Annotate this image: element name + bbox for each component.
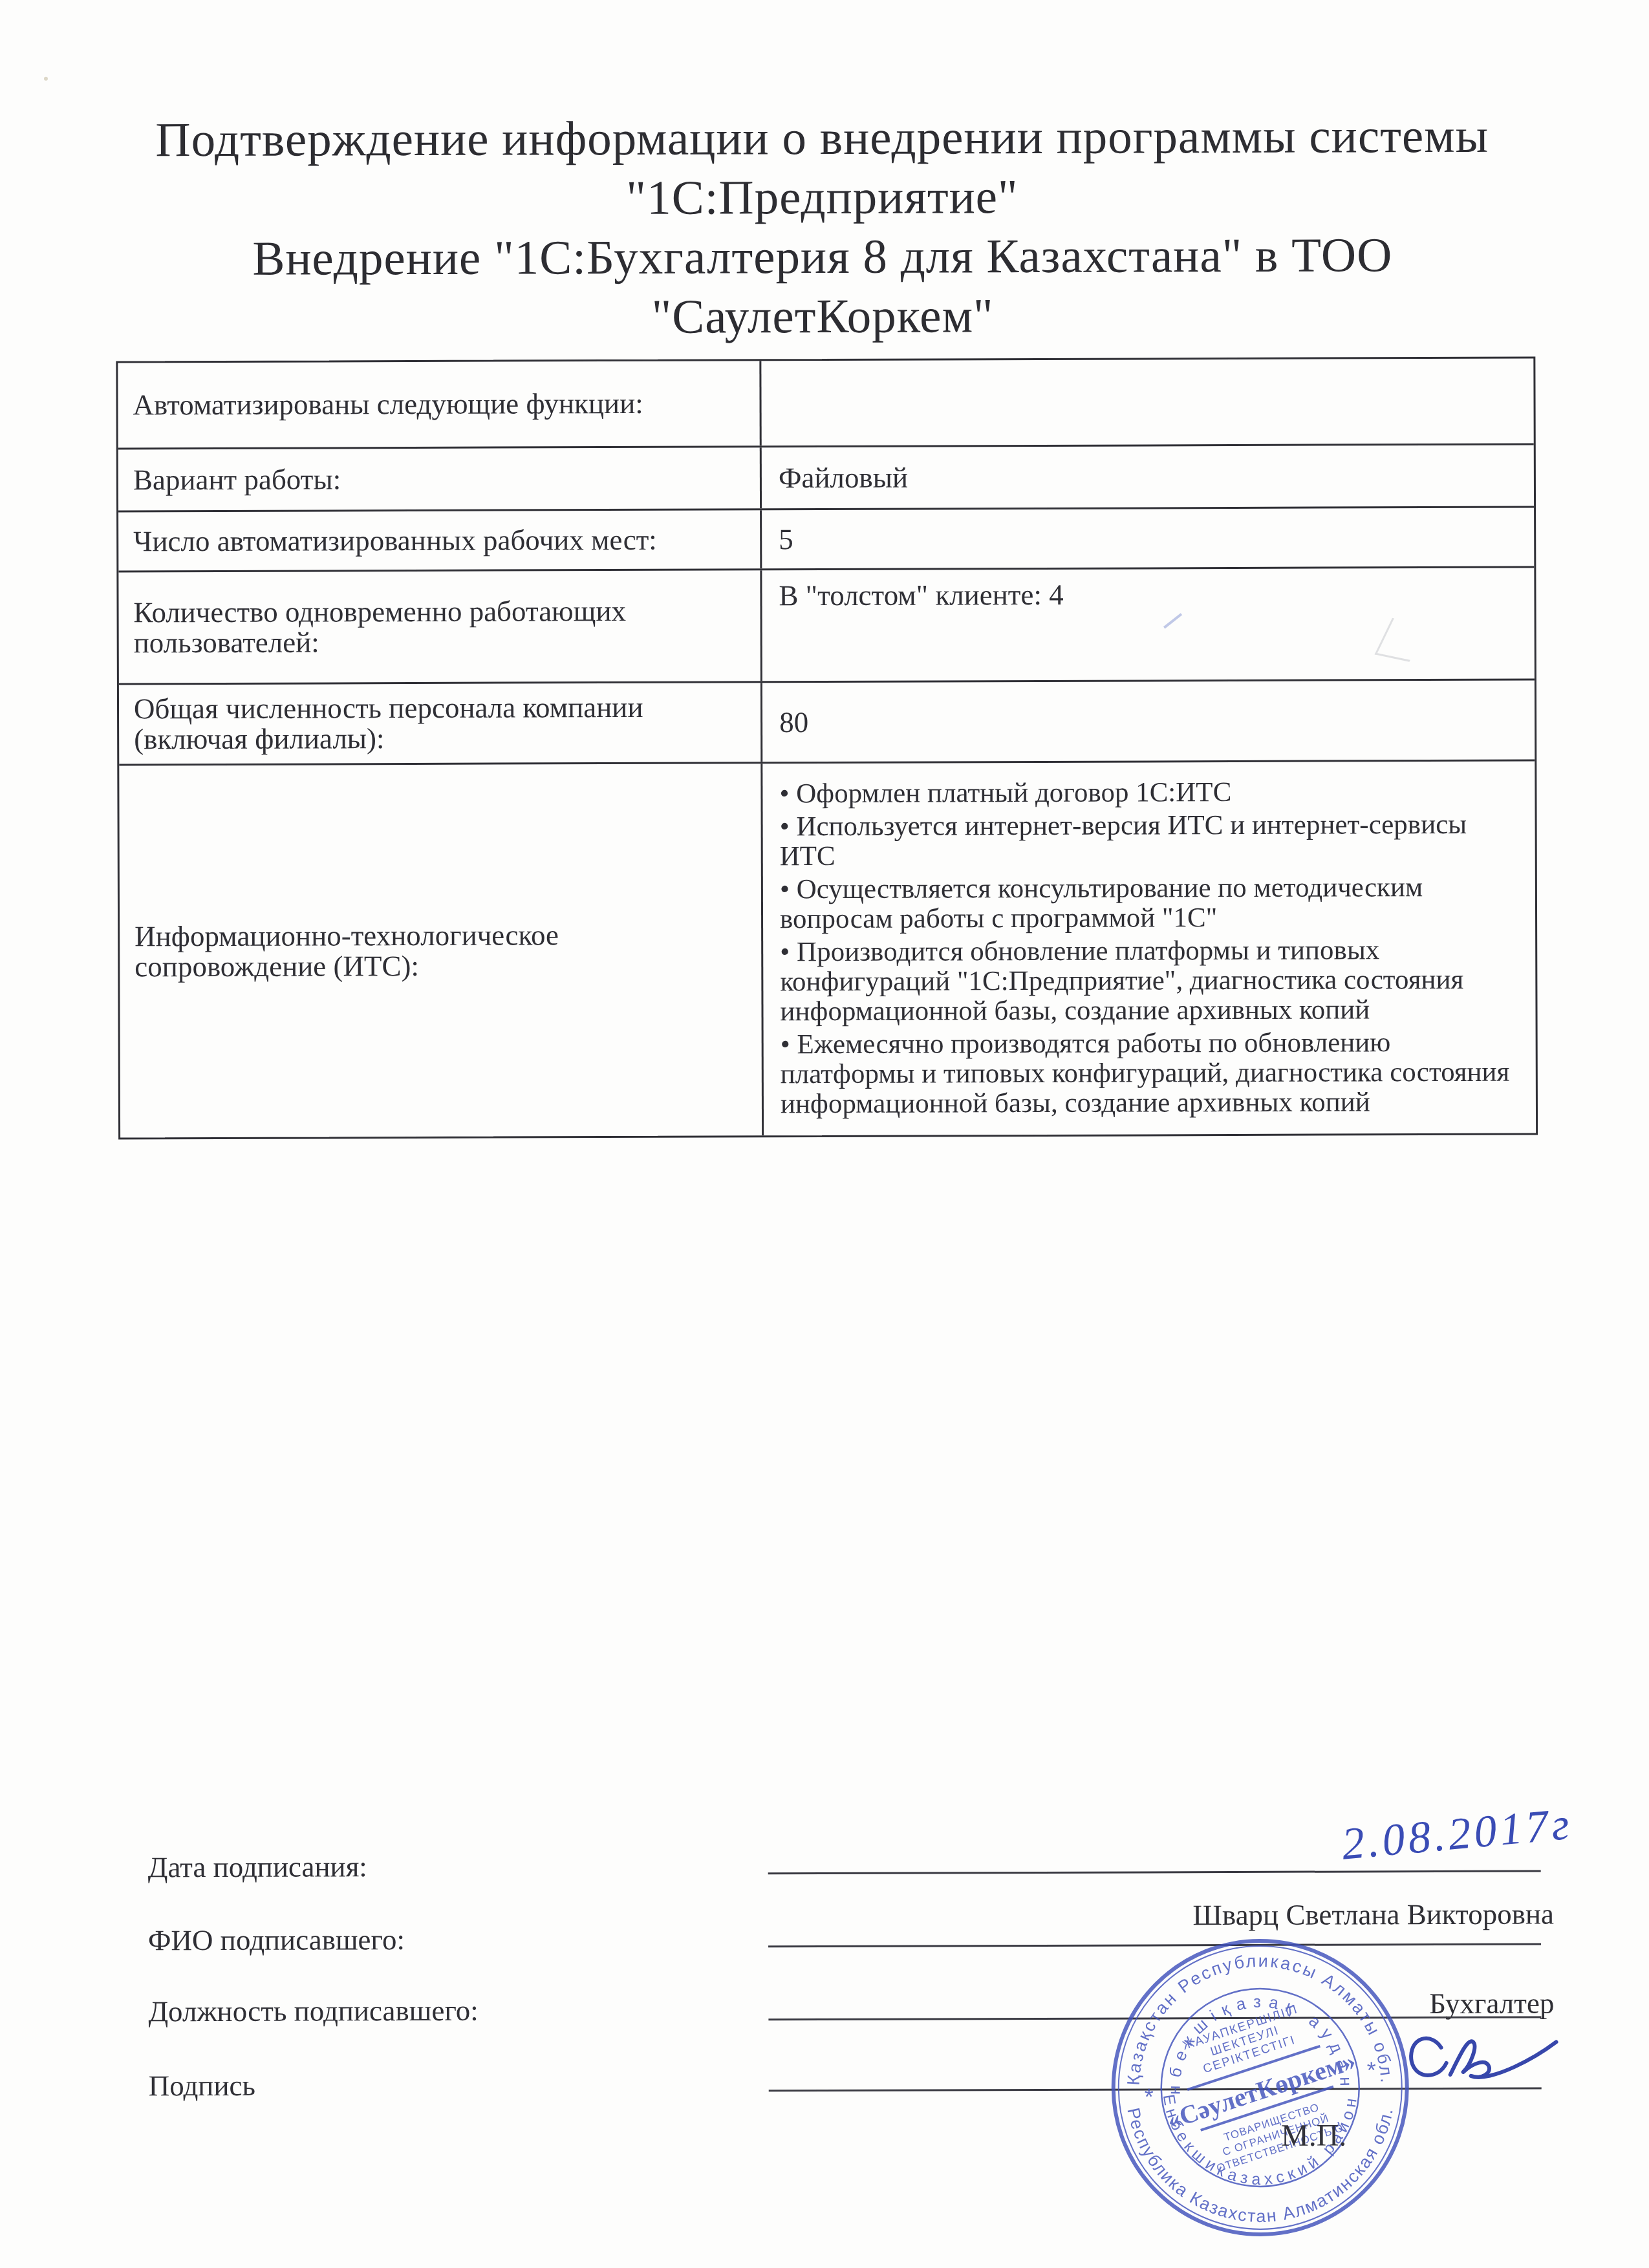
table-row: Число автоматизированных рабочих мест: 5	[118, 506, 1534, 571]
row-label: Число автоматизированных рабочих мест:	[118, 510, 762, 570]
table-row: Автоматизированы следующие функции:	[118, 359, 1533, 448]
row-value: 80	[762, 681, 1535, 762]
title-line-3: Внедрение "1С:Бухгалтерия 8 для Казахста…	[47, 225, 1599, 290]
scan-artifact-dot	[44, 77, 48, 81]
row-value: Файловый	[762, 445, 1534, 509]
table-row: Количество одновременно работающих польз…	[118, 566, 1535, 683]
table-row: Общая численность персонала компании (вк…	[119, 679, 1535, 764]
its-bullet: Используется интернет-версия ИТС и интер…	[780, 810, 1527, 872]
row-label: Количество одновременно работающих польз…	[118, 570, 762, 683]
row-label: Информационно-технологическое сопровожде…	[119, 764, 764, 1137]
handwritten-signature	[1403, 2029, 1558, 2094]
row-value	[761, 359, 1533, 446]
signer-position-label: Должность подписавшего:	[148, 1994, 478, 2029]
row-label: Автоматизированы следующие функции:	[118, 361, 761, 447]
title-line-2: "1С:Предприятие"	[46, 166, 1598, 230]
row-label: Вариант работы:	[118, 447, 762, 510]
signer-name-label: ФИО подписавшего:	[148, 1923, 405, 1957]
its-bullet: Оформлен платный договор 1С:ИТС	[779, 777, 1527, 809]
row-value: 5	[762, 508, 1534, 569]
signer-name-value: Шварц Светлана Викторовна	[768, 1897, 1554, 1933]
implementation-info-table: Автоматизированы следующие функции: Вари…	[116, 357, 1538, 1140]
row-label: Общая численность персонала компании (вк…	[119, 683, 762, 764]
scanned-document-page: Подтверждение информации о внедрении про…	[0, 0, 1649, 2268]
its-bullet-list: Оформлен платный договор 1С:ИТС Использу…	[762, 762, 1536, 1136]
signature-field-line	[768, 1870, 1541, 1875]
date-signed-label: Дата подписания:	[148, 1850, 367, 1884]
signature-stroke-b	[1450, 2041, 1557, 2077]
stamp-star-right: *	[1367, 2057, 1376, 2083]
stamp-star-left: *	[1145, 2083, 1154, 2110]
its-bullet: Производится обновление платформы и типо…	[780, 936, 1527, 1027]
handwritten-date-value: 2.08.2017г	[1340, 1795, 1615, 1871]
table-row: Информационно-технологическое сопровожде…	[119, 760, 1536, 1138]
document-sheet: Подтверждение информации о внедрении про…	[0, 0, 1649, 2268]
document-title: Подтверждение информации о внедрении про…	[46, 106, 1599, 349]
its-bullet: Осуществляется консультирование по метод…	[780, 873, 1527, 935]
title-line-1: Подтверждение информации о внедрении про…	[46, 106, 1598, 171]
company-round-stamp: Қазақстан Республикасы Алматы обл. Енбек…	[1110, 1938, 1410, 2237]
table-row: Вариант работы: Файловый	[118, 444, 1534, 511]
signature-label: Подпись	[149, 2069, 255, 2103]
stamp-place-label: М.П.	[1281, 2117, 1347, 2153]
title-line-4: "СаулетКоркем"	[47, 284, 1599, 349]
signature-stroke-c	[1411, 2038, 1447, 2075]
its-bullet: Ежемесячно производятся работы по обновл…	[781, 1028, 1528, 1120]
